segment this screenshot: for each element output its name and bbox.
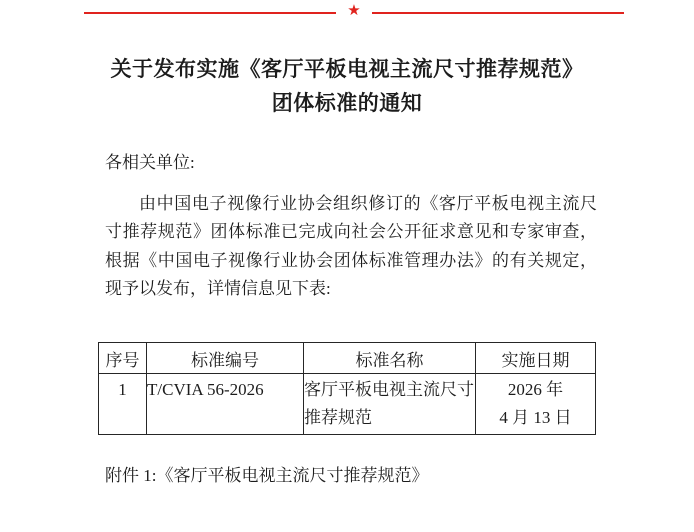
notice-title: 关于发布实施《客厅平板电视主流尺寸推荐规范》 团体标准的通知 (0, 52, 694, 120)
cell-impl-date: 2026 年 4 月 13 日 (476, 374, 596, 435)
header-rule: ★ (84, 6, 624, 20)
standards-table: 序号 标准编号 标准名称 实施日期 1 T/CVIA 56-2026 客厅平板电… (98, 342, 596, 435)
salutation: 各相关单位: (105, 152, 694, 174)
header-cell-impl-date: 实施日期 (476, 343, 596, 374)
impl-date-day: 4 月 13 日 (476, 404, 595, 432)
header-rule-right-segment (372, 12, 624, 15)
header-cell-index: 序号 (99, 343, 147, 374)
header-rule-left-segment (84, 12, 336, 15)
star-icon: ★ (336, 4, 372, 18)
notice-title-line2: 团体标准的通知 (0, 86, 694, 120)
table-header-row: 序号 标准编号 标准名称 实施日期 (99, 343, 596, 374)
header-cell-standard-name: 标准名称 (304, 343, 476, 374)
cell-standard-name: 客厅平板电视主流尺寸推荐规范 (304, 374, 476, 435)
attachment-line: 附件 1:《客厅平板电视主流尺寸推荐规范》 (105, 464, 694, 488)
header-cell-standard-no: 标准编号 (147, 343, 304, 374)
cell-index: 1 (99, 374, 147, 435)
impl-date-year: 2026 年 (476, 376, 595, 404)
document-page: ★ 关于发布实施《客厅平板电视主流尺寸推荐规范》 团体标准的通知 各相关单位: … (0, 0, 694, 532)
table-row: 1 T/CVIA 56-2026 客厅平板电视主流尺寸推荐规范 2026 年 4… (99, 374, 596, 435)
body-paragraph: 由中国电子视像行业协会组织修订的《客厅平板电视主流尺寸推荐规范》团体标准已完成向… (105, 190, 597, 303)
cell-standard-no: T/CVIA 56-2026 (147, 374, 304, 435)
notice-title-line1: 关于发布实施《客厅平板电视主流尺寸推荐规范》 (0, 52, 694, 86)
